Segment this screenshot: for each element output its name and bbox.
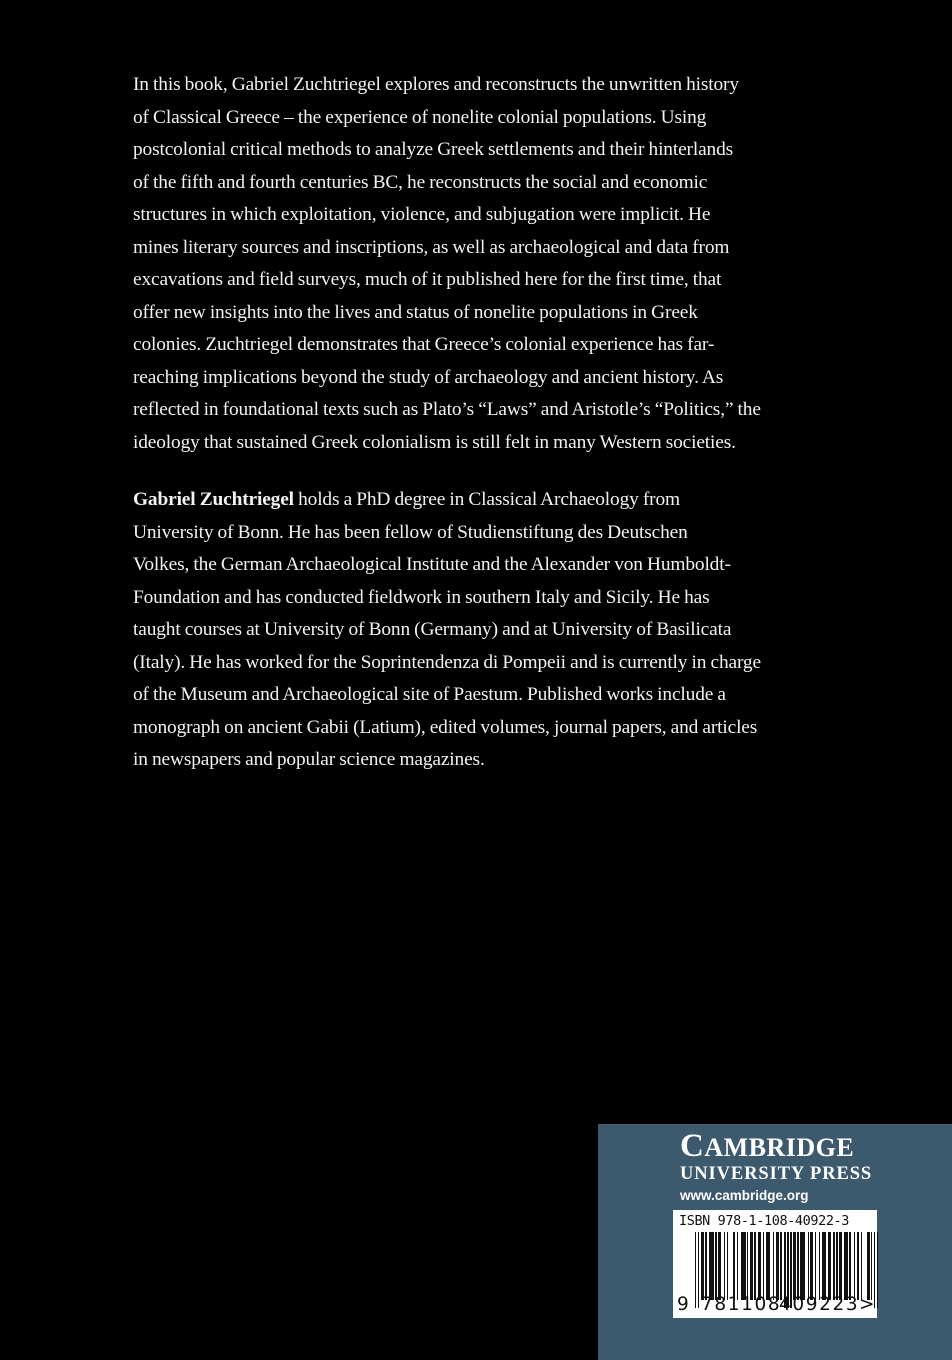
description-line: reflected in foundational texts such as … [133,394,833,427]
book-description: In this book, Gabriel Zuchtriegel explor… [133,69,833,459]
description-line: mines literary sources and inscriptions,… [133,232,833,265]
isbn-barcode: ISBN 978-1-108-40922-3 9 781108 409223 > [673,1210,877,1318]
publisher-logo-initial: C [680,1128,704,1164]
publisher-subtitle: UNIVERSITY PRESS [680,1162,872,1186]
isbn-label: ISBN 978-1-108-40922-3 [679,1212,849,1230]
description-line: structures in which exploitation, violen… [133,199,833,232]
description-line: reaching implications beyond the study o… [133,362,833,395]
bio-line: Volkes, the German Archaeological Instit… [133,549,833,582]
author-name: Gabriel Zuchtriegel [133,489,294,510]
bio-first-line: Gabriel Zuchtriegel holds a PhD degree i… [133,484,833,517]
description-line: of Classical Greece – the experience of … [133,102,833,135]
bio-line: Foundation and has conducted fieldwork i… [133,582,833,615]
bio-line: in newspapers and popular science magazi… [133,744,833,777]
description-line: ideology that sustained Greek colonialis… [133,427,833,460]
bio-line: monograph on ancient Gabii (Latium), edi… [133,712,833,745]
bio-line: of the Museum and Archaeological site of… [133,679,833,712]
bio-line: (Italy). He has worked for the Soprinten… [133,647,833,680]
barcode-left-digits: 781108 [701,1294,781,1316]
quiet-zone-marker: > [859,1294,875,1316]
publisher-panel: CAMBRIDGE UNIVERSITY PRESS www.cambridge… [598,1124,952,1360]
author-biography: Gabriel Zuchtriegel holds a PhD degree i… [133,484,833,777]
description-line: postcolonial critical methods to analyze… [133,134,833,167]
description-line: offer new insights into the lives and st… [133,297,833,330]
description-line: In this book, Gabriel Zuchtriegel explor… [133,69,833,102]
bio-line: taught courses at University of Bonn (Ge… [133,614,833,647]
publisher-url: www.cambridge.org [680,1187,809,1205]
description-line: excavations and field surveys, much of i… [133,264,833,297]
barcode-right-digits: 409223 [779,1294,859,1316]
barcode-lead-digit: 9 [677,1294,689,1316]
publisher-logo: CAMBRIDGE [680,1129,854,1165]
bio-first-line-text: holds a PhD degree in Classical Archaeol… [294,489,680,510]
bio-line: University of Bonn. He has been fellow o… [133,517,833,550]
description-line: of the fifth and fourth centuries BC, he… [133,167,833,200]
description-line: colonies. Zuchtriegel demonstrates that … [133,329,833,362]
publisher-logo-rest: AMBRIDGE [704,1133,854,1162]
